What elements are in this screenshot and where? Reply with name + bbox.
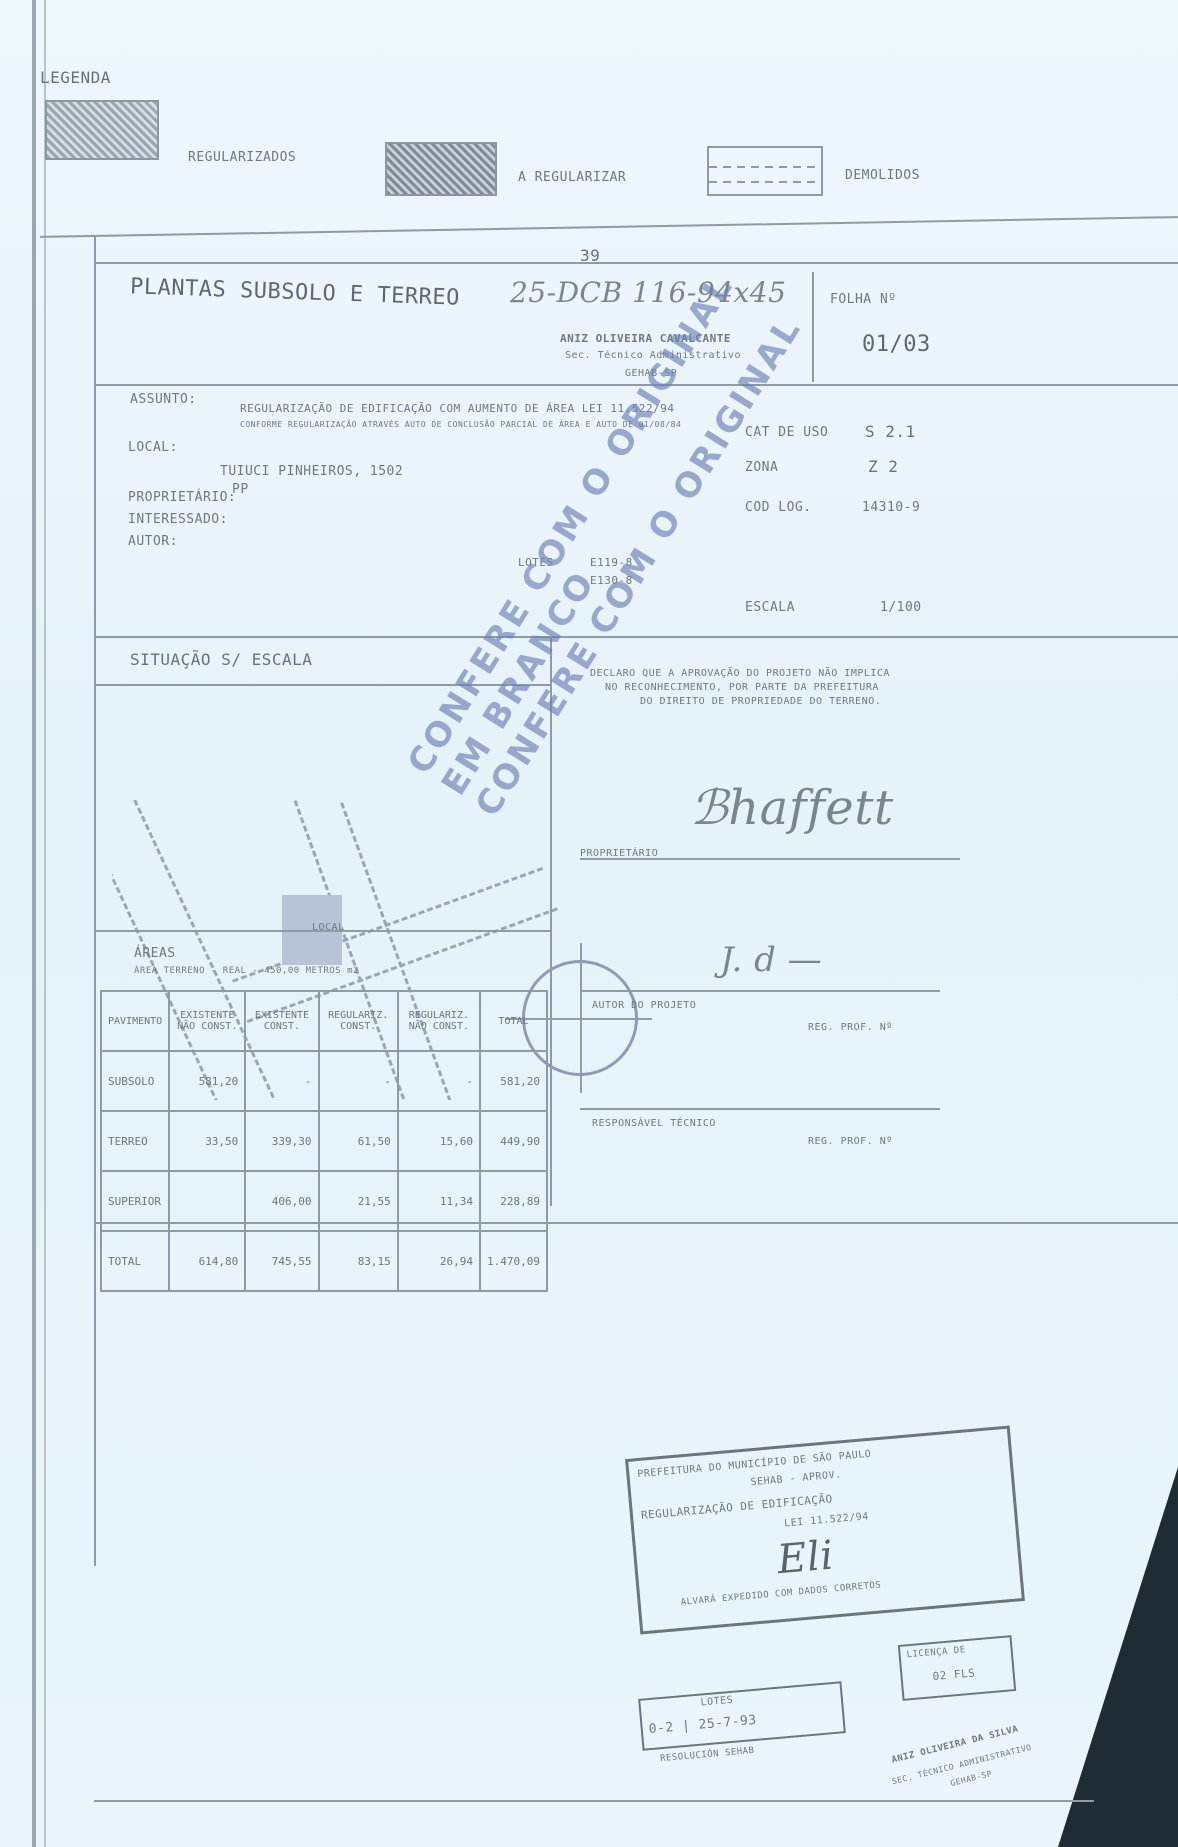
areas-title: ÁREAS [134, 946, 176, 961]
drawing-title: PLANTAS SUBSOLO E TERREO [130, 274, 461, 310]
declaracao-line1: DECLARO QUE A APROVAÇÃO DO PROJETO NÃO I… [590, 668, 890, 679]
cell: 581,20 [480, 1051, 547, 1111]
areas-subtitle: ÁREA TERRENO - REAL - 450,00 METROS m2 [134, 966, 359, 976]
owner-signature-label: PROPRIETÁRIO [580, 848, 658, 859]
page-binding-edge-inner [44, 0, 46, 1847]
folha-value: 01/03 [862, 332, 931, 357]
assunto-label: ASSUNTO: [130, 392, 197, 407]
resolucao-label: RESOLUCIÓN SEHAB [660, 1746, 755, 1764]
frame-left [94, 236, 96, 1566]
legend-title: LEGENDA [40, 68, 111, 87]
author-signature-line [580, 990, 940, 992]
cat-uso-value: S 2.1 [865, 422, 916, 441]
resp-reg-label: REG. PROF. Nº [808, 1136, 893, 1147]
cell: 339,30 [245, 1111, 318, 1171]
assunto-value: REGULARIZAÇÃO DE EDIFICAÇÃO COM AUMENTO … [240, 402, 674, 415]
table-bottom-line [94, 1222, 1178, 1224]
col-header: EXISTENTE CONST. [245, 991, 318, 1051]
table-row-total: TOTAL 614,80 745,55 83,15 26,94 1.470,09 [101, 1231, 547, 1291]
row-label: SUBSOLO [101, 1051, 169, 1111]
table-row: SUBSOLO 581,20 - - - 581,20 [101, 1051, 547, 1111]
cell: - [398, 1051, 480, 1111]
areas-header-row: PAVIMENTO EXISTENTE NÃO CONST. EXISTENTE… [101, 991, 547, 1051]
local-value: TUIUCI PINHEIROS, 1502 [220, 464, 403, 479]
stamp-line: EM BRANCO [434, 288, 776, 802]
table-row: TERREO 33,50 339,30 61,50 15,60 449,90 [101, 1111, 547, 1171]
row-label: TERREO [101, 1111, 169, 1171]
zona-value: Z 2 [868, 457, 898, 476]
cell: 83,15 [319, 1231, 398, 1291]
row-label: TOTAL [101, 1231, 169, 1291]
declaracao-line3: DO DIREITO DE PROPRIEDADE DO TERRENO. [640, 696, 881, 707]
owner-signature: ℬhaffett [690, 780, 894, 836]
frame-bottom [94, 1800, 1094, 1802]
local-label: LOCAL: [128, 440, 178, 455]
col-header: TOTAL [480, 991, 547, 1051]
declaracao-line2: NO RECONHECIMENTO, POR PARTE DA PREFEITU… [605, 682, 879, 693]
legend-label-regularizados: REGULARIZADOS [188, 150, 296, 165]
legend-label-a-regularizar: A REGULARIZAR [518, 170, 626, 185]
cell: 449,90 [480, 1111, 547, 1171]
scanned-document: LEGENDA REGULARIZADOS A REGULARIZAR DEMO… [0, 0, 1178, 1847]
licenca-label: LICENÇA DE [906, 1645, 966, 1660]
reg-prof-label: REG. PROF. Nº [808, 1022, 893, 1033]
background-shadow [1058, 1467, 1178, 1847]
approval-line2: SEHAB - APROV. [750, 1469, 842, 1488]
col-header: REGULARIZ. NÃO CONST. [398, 991, 480, 1051]
approval-line4: LEI 11.522/94 [784, 1511, 869, 1529]
col-header: PAVIMENTO [101, 991, 169, 1051]
cell: 745,55 [245, 1231, 318, 1291]
cell: 33,50 [169, 1111, 245, 1171]
cell: - [245, 1051, 318, 1111]
sheet-ref: 39 [580, 246, 600, 265]
cell: 1.470,09 [480, 1231, 547, 1291]
resp-line [580, 1108, 940, 1110]
approval-line5: ALVARÁ EXPEDIDO COM DADOS CORRETOS [680, 1580, 881, 1608]
divider [40, 216, 1178, 238]
cell: 61,50 [319, 1111, 398, 1171]
map-bottom-line [94, 930, 550, 932]
author-label: AUTOR DO PROJETO [592, 1000, 696, 1011]
processo-value: 0-2 | 25-7-93 [648, 1713, 757, 1737]
cod-log-label: COD LOG. [745, 500, 812, 515]
col-header: REGULARIZ. CONST. [319, 991, 398, 1051]
frame-top [94, 262, 1178, 264]
cell: 581,20 [169, 1051, 245, 1111]
approval-signature: Eli [775, 1532, 835, 1583]
interessado-label: INTERESSADO: [128, 512, 228, 527]
cell: 26,94 [398, 1231, 480, 1291]
licenca-value: 02 FLS [932, 1666, 976, 1683]
legend-swatch-regularizados [45, 100, 159, 160]
page-binding-edge [32, 0, 36, 1847]
proprietario-label: PROPRIETÁRIO: [128, 490, 236, 505]
approval-stamp: PREFEITURA DO MUNICÍPIO DE SÃO PAULO SEH… [625, 1426, 1025, 1635]
folha-label: FOLHA Nº [830, 292, 897, 307]
zona-label: ZONA [745, 460, 778, 475]
legend-swatch-demolidos [707, 146, 823, 196]
autor-label: AUTOR: [128, 534, 178, 549]
cat-uso-label: CAT DE USO [745, 425, 828, 440]
processo-box: LOTES 0-2 | 25-7-93 [638, 1681, 846, 1751]
licenca-box: LICENÇA DE 02 FLS [898, 1635, 1016, 1701]
escala-label: ESCALA [745, 600, 795, 615]
cell: 614,80 [169, 1231, 245, 1291]
areas-table: PAVIMENTO EXISTENTE NÃO CONST. EXISTENTE… [100, 990, 548, 1292]
info-bottom-line [94, 636, 1178, 638]
col-header: EXISTENTE NÃO CONST. [169, 991, 245, 1051]
situacao-title: SITUAÇÃO S/ ESCALA [130, 650, 312, 669]
cell: - [319, 1051, 398, 1111]
folha-divider [812, 272, 814, 382]
legend-label-demolidos: DEMOLIDOS [845, 168, 920, 183]
author-signature: J. d — [720, 940, 822, 980]
processo-label: LOTES [700, 1695, 733, 1709]
cod-log-value: 14310-9 [862, 500, 920, 515]
approval-signer-dept: GEHAB-SP [950, 1769, 993, 1788]
resp-label: RESPONSÁVEL TÉCNICO [592, 1118, 716, 1129]
legend-swatch-a-regularizar [385, 142, 497, 196]
cell: 15,60 [398, 1111, 480, 1171]
escala-value: 1/100 [880, 600, 922, 615]
